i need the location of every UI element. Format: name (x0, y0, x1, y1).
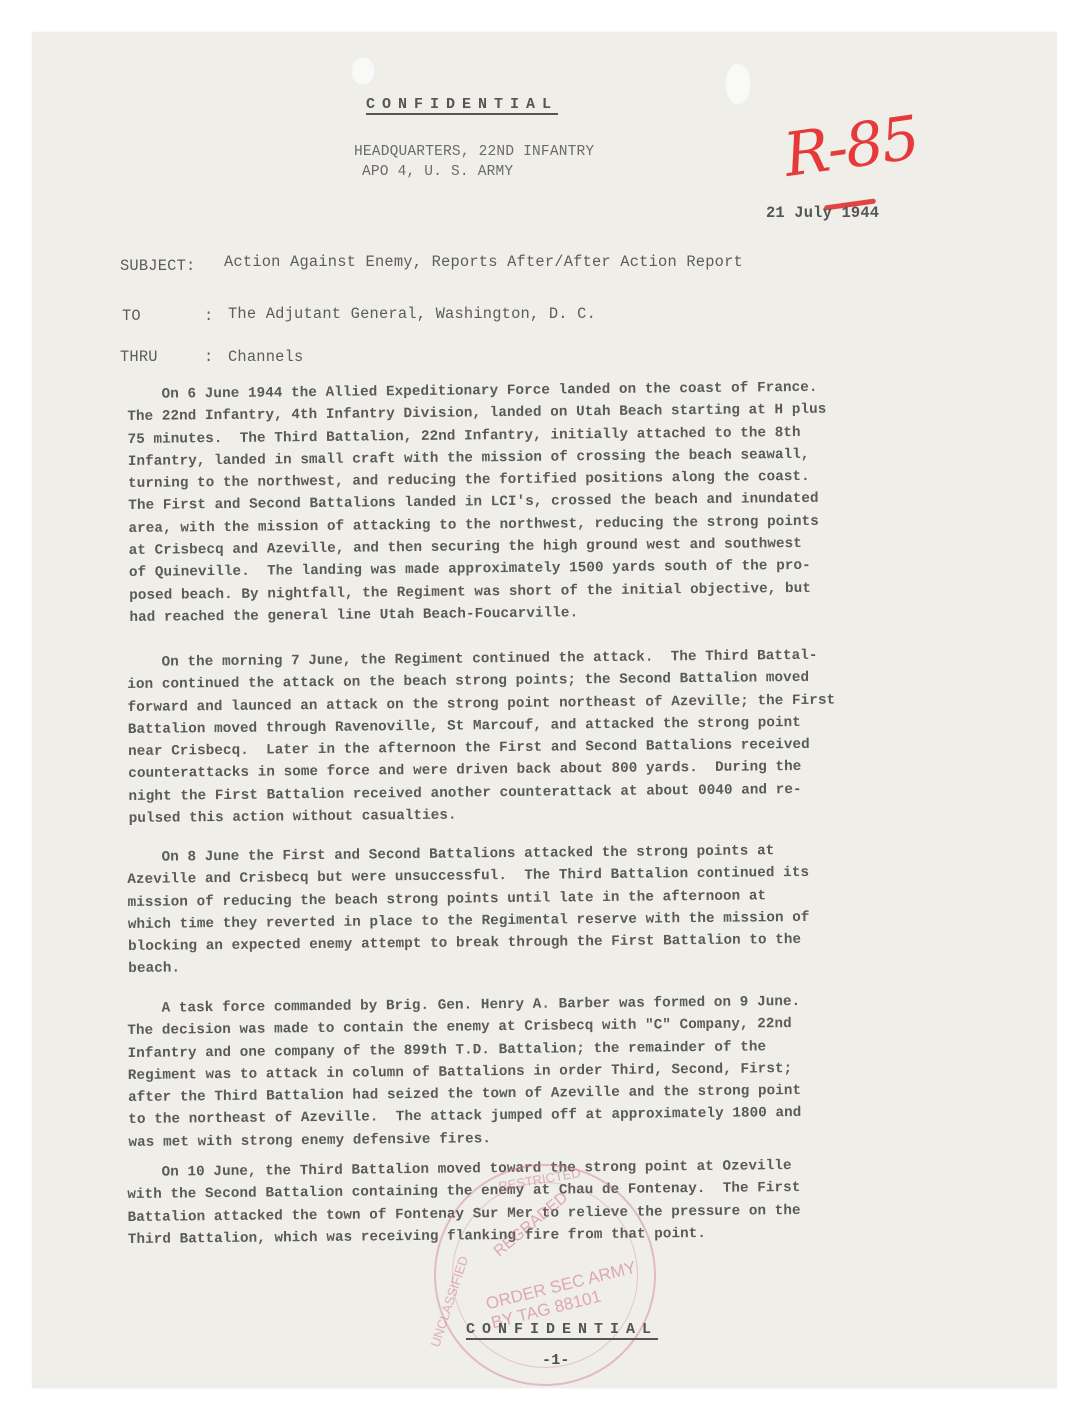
handwritten-file-number: R-85 (780, 103, 922, 191)
paragraph-7-june: On the morning 7 June, the Regiment cont… (127, 643, 1009, 831)
classification-header: CONFIDENTIAL (366, 96, 558, 113)
apo-line: APO 4, U. S. ARMY (362, 164, 513, 180)
document-page: CONFIDENTIAL HEADQUARTERS, 22ND INFANTRY… (32, 32, 1057, 1388)
paragraph-9-june: A task force commanded by Brig. Gen. Hen… (127, 989, 1009, 1154)
to-value: The Adjutant General, Washington, D. C. (228, 305, 596, 323)
thru-label: THRU (120, 348, 158, 366)
to-label: TO (122, 307, 141, 325)
punch-hole-left (350, 56, 376, 86)
subject-label: SUBJECT: (120, 257, 196, 275)
classification-footer: CONFIDENTIAL (466, 1321, 658, 1338)
document-date: 21 July 1944 (766, 204, 879, 222)
thru-value: Channels (228, 348, 304, 366)
paragraph-8-june: On 8 June the First and Second Battalion… (127, 838, 1008, 981)
paragraph-6-june: On 6 June 1944 the Allied Expeditionary … (127, 375, 1010, 629)
headquarters-line: HEADQUARTERS, 22ND INFANTRY (354, 144, 594, 160)
thru-separator: : (204, 348, 213, 366)
subject-value: Action Against Enemy, Reports After/Afte… (224, 253, 743, 271)
to-separator: : (204, 307, 213, 325)
page-number: -1- (542, 1352, 570, 1369)
punch-hole-right (724, 62, 752, 106)
